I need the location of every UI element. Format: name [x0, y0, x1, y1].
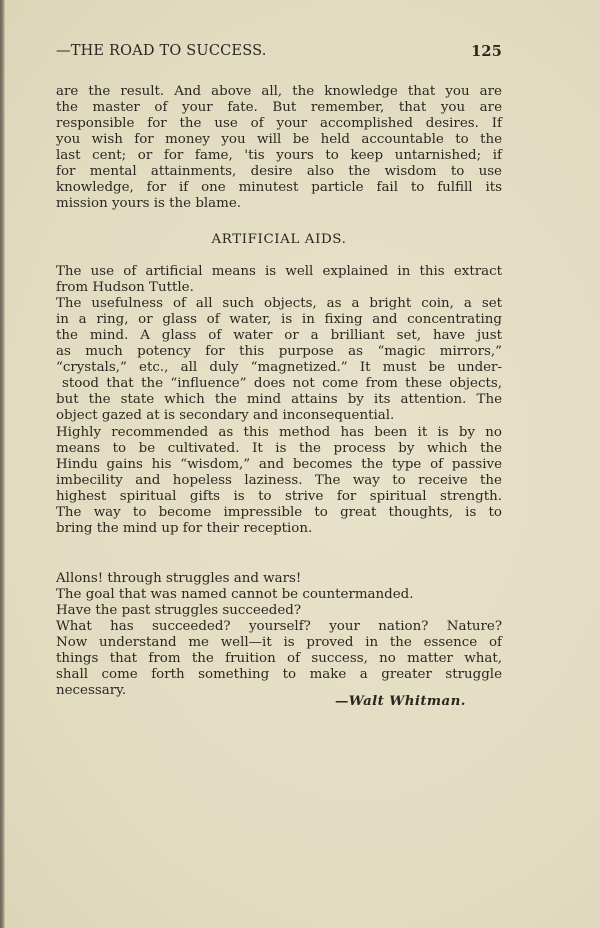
quote-line: things that from the fruition of success…	[56, 651, 502, 667]
text-line: in a ring, or glass of water, is in fixi…	[56, 312, 502, 328]
text-line: last cent; or for fame, 'tis yours to ke…	[56, 148, 502, 164]
paragraph-4: Highly recommended as this method has be…	[56, 425, 502, 537]
text-line: for mental attainments, desire also the …	[56, 164, 502, 180]
quote-line: Have the past struggles succeeded?	[56, 603, 502, 619]
text-line: stood that the “influence” does not come…	[56, 376, 502, 392]
text-line: knowledge, for if one minutest particle …	[56, 180, 502, 196]
text-line: The way to become impressible to great t…	[56, 505, 502, 521]
text-line: mission yours is the blame.	[56, 196, 502, 212]
text-line: from Hudson Tuttle.	[56, 280, 502, 296]
text-line: the mind. A glass of water or a brillian…	[56, 328, 502, 344]
text-line: Hindu gains his “wisdom,” and becomes th…	[56, 457, 502, 473]
text-line: imbecility and hopeless laziness. The wa…	[56, 473, 502, 489]
paragraph-2: The use of artificial means is well expl…	[56, 264, 502, 296]
quote-attribution: —Walt Whitman.	[335, 693, 466, 709]
text-line: responsible for the use of your accompli…	[56, 116, 502, 132]
quote-line: Now understand me well—it is proved in t…	[56, 635, 502, 651]
text-line: highest spiritual gifts is to strive for…	[56, 489, 502, 505]
section-heading: ARTIFICIAL AIDS.	[56, 232, 502, 247]
quote-line: Allons! through struggles and wars!	[56, 571, 502, 587]
text-line: The usefulness of all such objects, as a…	[56, 296, 502, 312]
text-line: but the state which the mind attains by …	[56, 392, 502, 408]
text-line: “crystals,” etc., all duly “magnetized.”…	[56, 360, 502, 376]
poem-quote: Allons! through struggles and wars! The …	[56, 571, 502, 699]
running-title: —THE ROAD TO SUCCESS.	[56, 43, 267, 59]
text-line: are the result. And above all, the knowl…	[56, 84, 502, 100]
paragraph-1: are the result. And above all, the knowl…	[56, 84, 502, 212]
page-number: 125	[471, 43, 502, 60]
quote-line: What has succeeded? yourself? your natio…	[56, 619, 502, 635]
page-binding-edge	[0, 0, 5, 928]
paragraph-3: The usefulness of all such objects, as a…	[56, 296, 502, 424]
text-line: as much potency for this purpose as “mag…	[56, 344, 502, 360]
text-line: the master of your fate. But remember, t…	[56, 100, 502, 116]
text-line: means to be cultivated. It is the proces…	[56, 441, 502, 457]
quote-line: shall come forth something to make a gre…	[56, 667, 502, 683]
text-line: bring the mind up for their reception.	[56, 521, 502, 537]
text-line: Highly recommended as this method has be…	[56, 425, 502, 441]
text-line: object gazed at is secondary and inconse…	[56, 408, 502, 424]
text-line: The use of artificial means is well expl…	[56, 264, 502, 280]
quote-line: The goal that was named cannot be counte…	[56, 587, 502, 603]
text-line: you wish for money you will be held acco…	[56, 132, 502, 148]
